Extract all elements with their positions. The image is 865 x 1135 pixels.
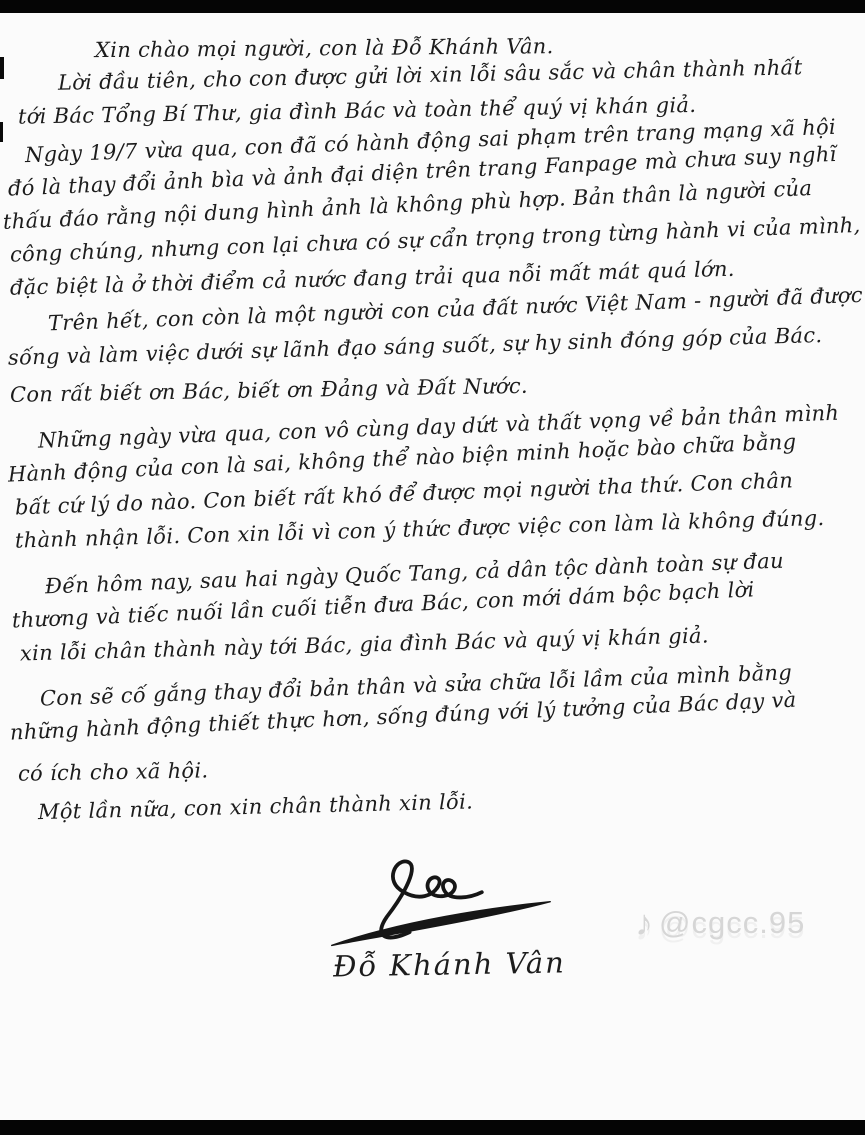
handwritten-letter-body: Xin chào mọi người, con là Đỗ Khánh Vân.…: [0, 13, 865, 830]
tiktok-icon: ♪: [635, 905, 653, 941]
bottom-black-border: [0, 1120, 865, 1135]
letter-photo: Xin chào mọi người, con là Đỗ Khánh Vân.…: [0, 0, 865, 1135]
top-black-border: [0, 0, 865, 13]
signature-flourish: [325, 858, 555, 953]
watermark-handle: @cgcc.95: [659, 905, 805, 941]
signature-block: Đỗ Khánh Vân: [315, 858, 615, 981]
watermark: ♪ @cgcc.95: [635, 905, 805, 941]
signature-name: Đỗ Khánh Vân: [333, 945, 616, 984]
